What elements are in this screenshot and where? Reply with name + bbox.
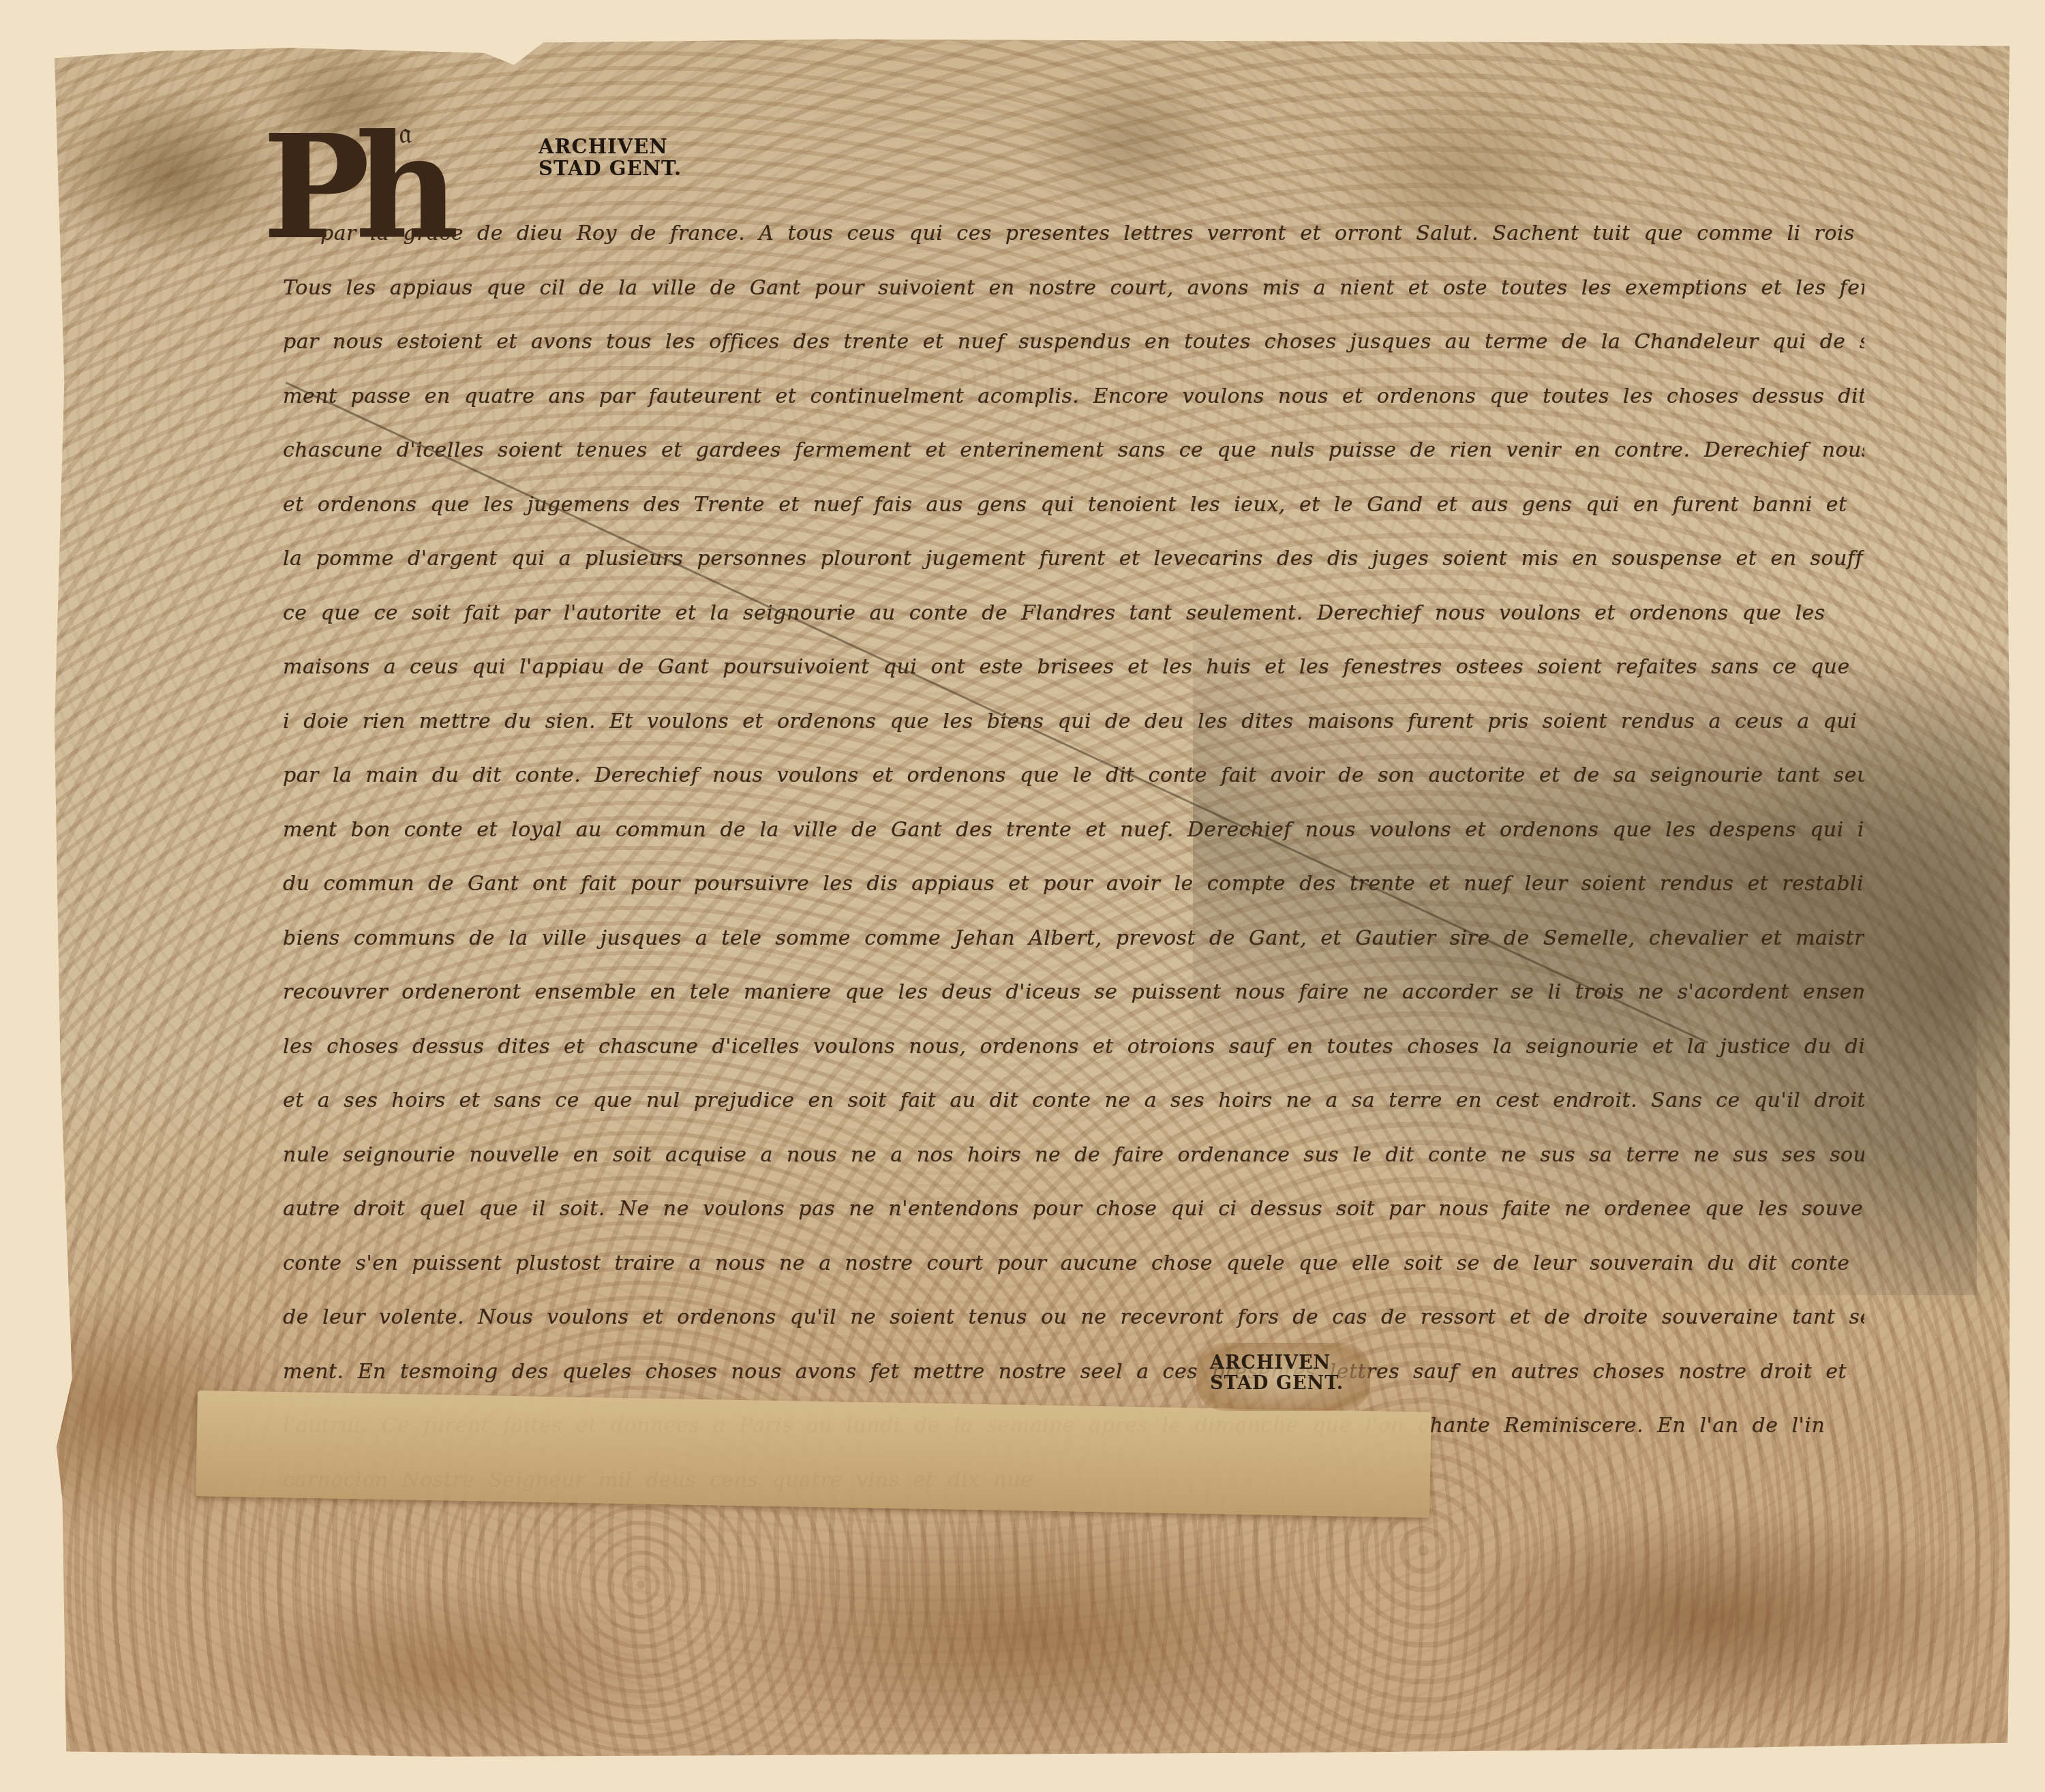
archive-stamp-top: ARCHIVEN STAD GENT. [539,136,682,180]
text-line: par la grace de dieu Roy de france. A to… [320,222,1902,262]
text-line: ment bon conte et loyal au commun de la … [283,818,1864,859]
stamp-line-1: ARCHIVEN [1210,1353,1344,1373]
text-line: la pomme d'argent qui a plusieurs person… [283,547,1864,588]
text-line: biens communs de la ville jusques a tele… [283,926,1864,967]
text-line: par la main du dit conte. Derechief nous… [283,763,1864,804]
text-line: recouvrer ordeneront ensemble en tele ma… [283,980,1864,1021]
text-line: les choses dessus dites et chascune d'ic… [283,1035,1864,1076]
text-line: ce que ce soit fait par l'autorite et la… [283,601,1864,642]
text-line: ment passe en quatre ans par fauteurent … [283,384,1864,425]
text-line: de leur volente. Nous voulons et ordenon… [283,1305,1864,1346]
text-line: du commun de Gant ont fait pour poursuiv… [283,872,1864,913]
stamp-line-2: STAD GENT. [1210,1373,1344,1394]
text-line: autre droit quel que il soit. Ne ne voul… [283,1197,1864,1238]
text-line: nule seignourie nouvelle en soit acquise… [283,1143,1864,1184]
text-line: maisons a ceus qui l'appiau de Gant pour… [283,655,1864,696]
text-line: chascune d'icelles soient tenues et gard… [283,438,1864,479]
stamp-line-2: STAD GENT. [539,158,682,180]
text-line: ment. En tesmoing des queles choses nous… [283,1360,1864,1401]
initial-flourish-icon: 𝔞 [399,116,412,151]
stamp-line-1: ARCHIVEN [539,136,682,158]
text-line: et ordenons que les jugemens des Trente … [283,493,1864,534]
text-line: et a ses hoirs et sans ce que nul prejud… [283,1089,1864,1129]
text-line: Tous les appiaus que cil de la ville de … [283,276,1864,317]
text-line: i doie rien mettre du sien. Et voulons e… [283,710,1864,750]
archive-stamp-bottom: ARCHIVEN STAD GENT. [1210,1353,1344,1393]
text-line: conte s'en puissent plustost traire a no… [283,1251,1864,1292]
text-line: par nous estoient et avons tous les offi… [283,330,1864,371]
